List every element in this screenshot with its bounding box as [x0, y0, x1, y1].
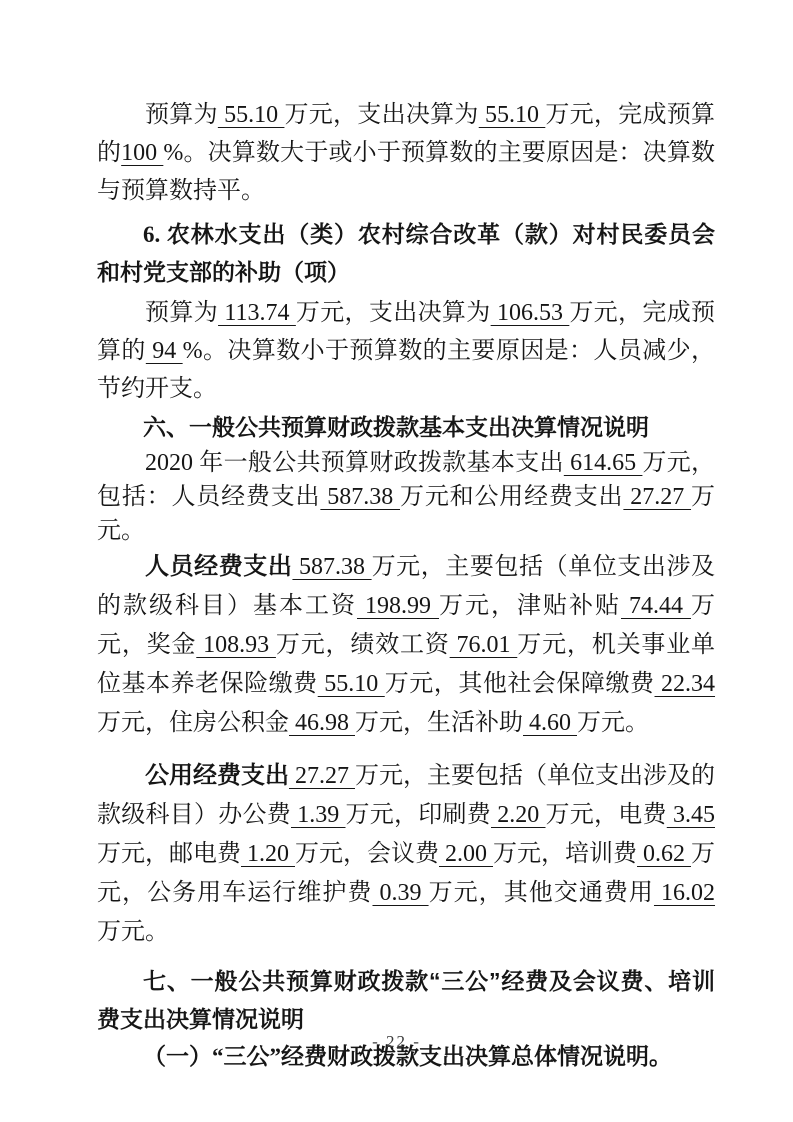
underlined-value: 113.74 [218, 300, 296, 326]
text-run: 万元，其他交通费用 [429, 880, 654, 906]
underlined-value: 3.45 [667, 802, 715, 828]
text-run: 万元，培训费 [493, 841, 637, 867]
underlined-value: 106.53 [491, 300, 570, 326]
text-run: 万元，支出决算为 [284, 102, 478, 128]
text-run: 万元，绩效工资 [276, 632, 450, 658]
underlined-value: 1.20 [241, 841, 295, 867]
underlined-value: 0.62 [637, 841, 691, 867]
heading-section-7: 七、一般公共预算财政拨款“三公”经费及会议费、培训费支出决算情况说明 [97, 962, 715, 1038]
underlined-value: 100 [121, 140, 163, 166]
bold-label: 人员经费支出 [145, 554, 292, 580]
underlined-value: 2.00 [439, 841, 493, 867]
text-run: 七、一般公共预算财政拨款“三公”经费及会议费、培训费支出决算情况说明 [97, 968, 715, 1032]
text-run: 万元。 [577, 710, 649, 736]
text-run: %。决算数小于预算数的主要原因是：人员减少，节约开支。 [97, 338, 715, 402]
bold-label: 公用经费支出 [145, 763, 289, 789]
heading-item-6: 6. 农林水支出（类）农村综合改革（款）对村民委员会和村党支部的补助（项） [97, 216, 715, 292]
para-budget-113: 预算为 113.74 万元，支出决算为 106.53 万元，完成预算的 94 %… [97, 294, 715, 408]
underlined-value: 27.27 [289, 763, 355, 789]
text-run: 预算为 [145, 300, 218, 326]
underlined-value: 22.34 [655, 671, 716, 697]
text-run: 六、一般公共预算财政拨款基本支出决算情况说明 [143, 414, 649, 440]
underlined-value: 198.99 [357, 593, 439, 619]
text-run: 万元，生活补助 [355, 710, 523, 736]
underlined-value: 2.20 [491, 802, 546, 828]
underlined-value: 55.10 [318, 671, 385, 697]
underlined-value: 76.01 [450, 632, 518, 658]
underlined-value: 1.39 [291, 802, 346, 828]
text-run: 万元，津贴补贴 [439, 593, 621, 619]
text-run: 万元，会议费 [295, 841, 439, 867]
document-page: 预算为 55.10 万元，支出决算为 55.10 万元，完成预算的100 %。决… [0, 0, 793, 1122]
text-run: 预算为 [145, 102, 218, 128]
text-run: 万元，印刷费 [346, 802, 492, 828]
underlined-value: 16.02 [654, 880, 715, 906]
bold-label: 6. 农林水支出（类）农村综合改革（款）对村民委员会和村党支部的补助（项） [97, 222, 715, 285]
page-number: - 22 - [372, 1032, 421, 1051]
underlined-value: 614.65 [564, 450, 643, 476]
text-run: 万元，住房公积金 [97, 710, 289, 736]
underlined-value: 94 [146, 338, 183, 364]
page-footer: - 22 - [0, 1032, 793, 1052]
para-personnel-funds: 人员经费支出 587.38 万元，主要包括（单位支出涉及的款级科目）基本工资 1… [97, 548, 715, 743]
para-budget-55: 预算为 55.10 万元，支出决算为 55.10 万元，完成预算的100 %。决… [97, 96, 715, 210]
para-basic-expenditure: 2020 年一般公共预算财政拨款基本支出 614.65 万元，包括：人员经费支出… [97, 446, 715, 548]
underlined-value: 74.44 [621, 593, 691, 619]
text-run: 万元和公用经费支出 [400, 484, 623, 510]
document-body: 预算为 55.10 万元，支出决算为 55.10 万元，完成预算的100 %。决… [97, 96, 715, 1076]
underlined-value: 4.60 [523, 710, 577, 736]
text-run: 万元，邮电费 [97, 841, 241, 867]
text-run: 万元。 [97, 919, 169, 945]
underlined-value: 46.98 [289, 710, 355, 736]
para-public-funds: 公用经费支出 27.27 万元，主要包括（单位支出涉及的款级科目）办公费 1.3… [97, 757, 715, 952]
heading-section-6: 六、一般公共预算财政拨款基本支出决算情况说明 [97, 408, 715, 446]
text-run: 万元，其他社会保障缴费 [385, 671, 655, 697]
text-run: 万元，电费 [546, 802, 667, 828]
underlined-value: 587.38 [292, 554, 371, 580]
underlined-value: 55.10 [218, 102, 285, 128]
underlined-value: 0.39 [372, 880, 428, 906]
underlined-value: 108.93 [196, 632, 276, 658]
text-run: 2020 年一般公共预算财政拨款基本支出 [145, 450, 564, 476]
text-run: %。决算数大于或小于预算数的主要原因是：决算数与预算数持平。 [97, 140, 715, 204]
underlined-value: 55.10 [479, 102, 546, 128]
text-run: 万元，支出决算为 [296, 300, 491, 326]
underlined-value: 587.38 [320, 484, 400, 510]
underlined-value: 27.27 [623, 484, 691, 510]
